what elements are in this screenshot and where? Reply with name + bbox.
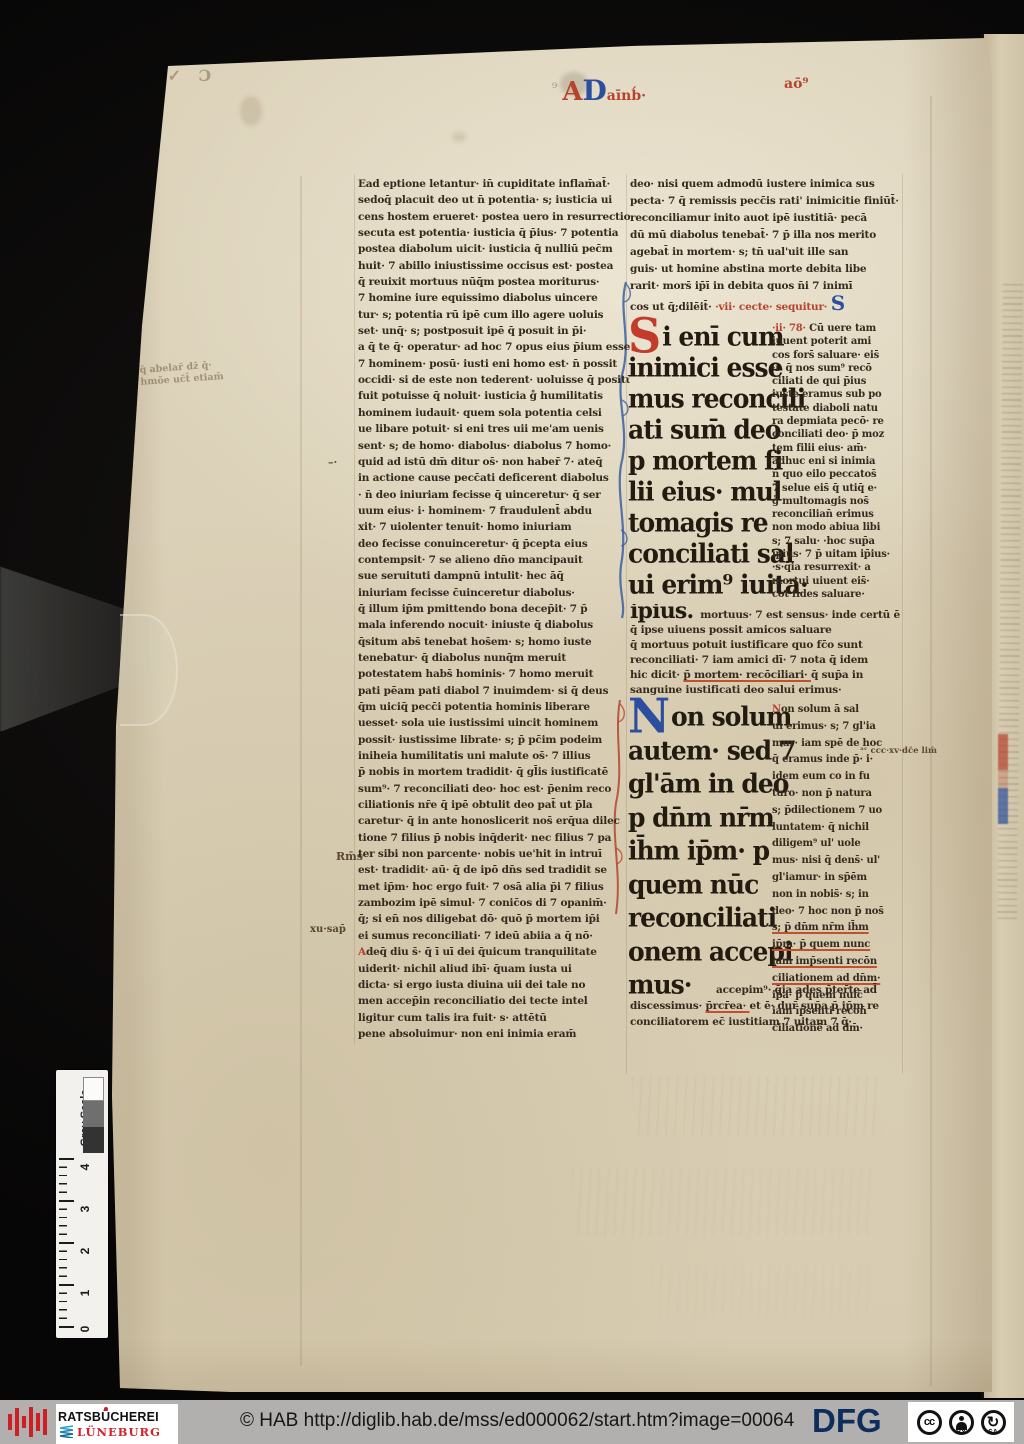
cc-sa-wrap: ↻ SA: [981, 1410, 1006, 1435]
show-through: [632, 1076, 882, 1136]
show-through: [652, 1266, 872, 1316]
gray-swatch-white: [83, 1077, 104, 1101]
umlaut-red-dot: Ü: [101, 1410, 110, 1424]
gray-scale-ruler: Gray Scale 4 3 2 1 0: [56, 1070, 108, 1338]
gray-swatches: [83, 1077, 104, 1153]
ruling-line: [300, 176, 302, 1366]
running-title-initial-red: A: [562, 77, 582, 107]
running-title-initial-blue: D: [583, 74, 607, 107]
margin-note-sap: xu·sap̄: [310, 924, 346, 935]
gloss-right-side-1: ·ii· 78· Cū uere tamiuuent poterit amico…: [772, 322, 900, 601]
ruler-number: 2: [78, 1244, 92, 1258]
cc-sa-label: SA: [988, 1429, 998, 1436]
lemma-block-2: Non solumautem· sed 7gl'ām in deop dn̄m …: [628, 700, 782, 1002]
ruling-line: [902, 174, 903, 1074]
lemma-block-1: Si enī cuminimici essemus reconciliati s…: [628, 320, 782, 600]
library-city: LÜNEBURG: [77, 1425, 161, 1439]
library-city-row: LÜNEBURG: [58, 1425, 176, 1439]
ink-stain: [240, 96, 262, 126]
show-through: [572, 1166, 872, 1236]
margin-dash: –·: [328, 456, 337, 469]
next-folio-initial: [998, 734, 1008, 824]
ruler-number: 0: [78, 1322, 92, 1336]
gloss-right-bottom: accepim⁹· q̄ia ades p̄ter̄te ad̄discessi…: [630, 982, 900, 1030]
ruler-ticks: [59, 1158, 75, 1334]
gray-swatch-mid: [83, 1101, 104, 1127]
red-pen-flourish: [606, 698, 630, 918]
running-title-suffix: aīnb́·: [607, 88, 646, 104]
copyright-url: © HAB http://diglib.hab.de/mss/ed000062/…: [240, 1410, 794, 1432]
gray-swatch-dark: [83, 1127, 104, 1153]
ruler-number: 4: [78, 1160, 92, 1174]
faded-margin-note: q̄ abelar̄ dz̄ q̄· hmōe uc̄t̄ etiam̄: [139, 359, 224, 389]
margin-note-right: ᵃᶜ ccc·xv·dc̄e lim̄: [860, 746, 937, 756]
margin-note-rm: Rm̄s: [336, 850, 363, 863]
cc-icon-wrap: cc: [917, 1410, 942, 1435]
library-bars-icon: [8, 1406, 47, 1438]
decorated-initial: S: [628, 308, 660, 364]
blue-pen-flourish: [612, 280, 636, 620]
ruling-line: [626, 174, 627, 1074]
library-name: RATSBÜCHEREI: [58, 1410, 176, 1424]
running-title: ⁹ ADaīnb́·: [552, 74, 646, 108]
gloss-column-left: Ead eptione letantur· in̄ cupiditate inf…: [358, 176, 630, 1042]
cc-license: cc BY ↻ SA: [908, 1402, 1014, 1442]
ruler-number: 1: [78, 1286, 92, 1300]
cc-by-wrap: BY: [949, 1410, 974, 1435]
manuscript-page: ·✓ Ɔ ⁹ ADaīnb́· aō⁹ q̄ abelar̄ dz̄ q̄· h…: [112, 36, 992, 1392]
quire-mark: aō⁹: [784, 76, 809, 92]
ruling-line: [354, 174, 355, 1044]
ruler-number: 3: [78, 1202, 92, 1216]
cc-by-label: BY: [956, 1429, 966, 1436]
ruling-line: [930, 96, 932, 1386]
decorated-initial: N: [628, 688, 669, 744]
ink-stain: [560, 72, 588, 96]
gloss-right-mid: ip̄ius. mortuus· 7 est sensus· inde cert…: [630, 604, 900, 698]
pencil-mark: ⁹: [552, 81, 557, 96]
gloss-right-side-2: Non solum ā salui erimus· s; 7 gl'iamur·…: [772, 702, 900, 1038]
cc-icon: cc: [917, 1410, 942, 1435]
book-chevron-icon: [58, 1425, 74, 1438]
next-folio-showthrough-text: [997, 284, 1023, 924]
footer-bar: RATSBÜCHEREI LÜNEBURG © HAB http://digli…: [0, 1400, 1024, 1444]
gloss-right-top: deo· nisi quem admodū iustere inimica su…: [630, 176, 898, 316]
dfg-logo: DFG: [812, 1402, 882, 1440]
ink-stain: [452, 132, 466, 142]
library-logo: RATSBÜCHEREI LÜNEBURG: [56, 1404, 178, 1444]
